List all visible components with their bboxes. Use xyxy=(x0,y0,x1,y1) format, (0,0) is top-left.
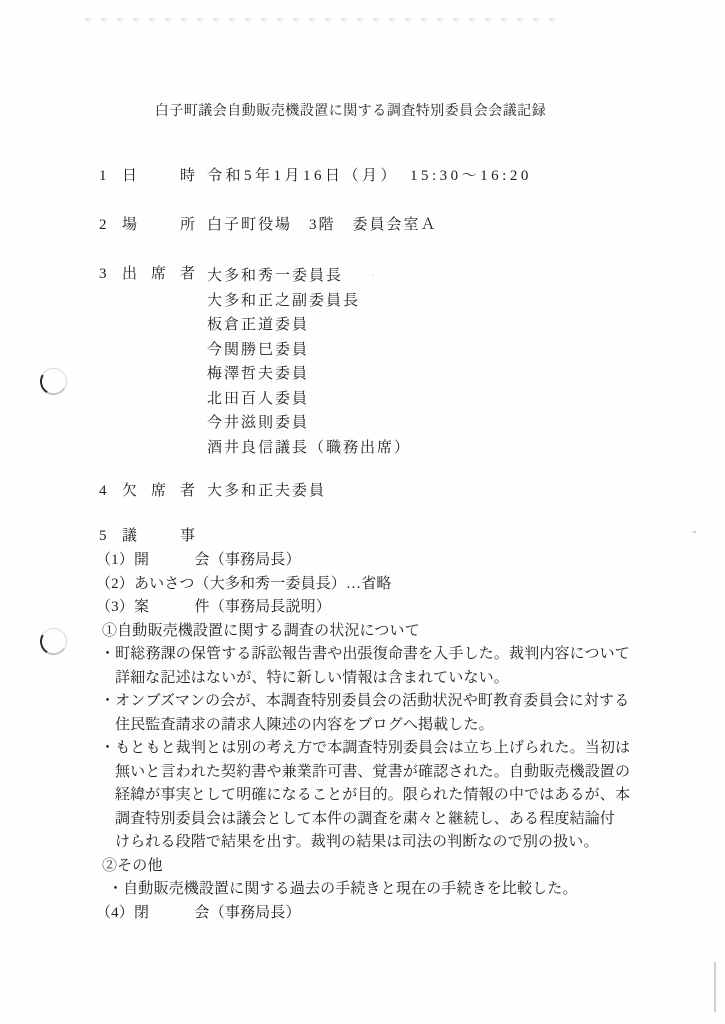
agenda-line-close: （4）閉 会（事務局長） xyxy=(96,902,630,926)
agenda-bullet-continuation: けられる段階で結果を出す。裁判の結果は司法の判断なので別の扱い。 xyxy=(115,831,630,855)
meta-row-place: 2 場所 白子町役場 3階 委員会室Ａ xyxy=(96,215,438,235)
meta-row-attendees: 3 出席者 大多和秀一委員長 大多和正之副委員長 板倉正道委員 今関勝巳委員 梅… xyxy=(96,264,411,460)
section-number: 3 xyxy=(96,264,122,284)
section-label-absentees: 欠席者 xyxy=(122,481,195,501)
attendee-name: 梅澤哲夫委員 xyxy=(207,362,411,387)
section-label-datetime: 日時 xyxy=(122,166,195,186)
section-number: 2 xyxy=(96,215,122,235)
agenda-line-open: （1）開 会（事務局長） xyxy=(96,549,630,573)
attendee-name: 今井滋則委員 xyxy=(207,411,411,436)
attendee-name: 板倉正道委員 xyxy=(207,313,411,338)
section-label-attendees: 出席者 xyxy=(122,264,195,284)
attendee-name: 今関勝巳委員 xyxy=(207,338,411,363)
agenda-bullet: ・町総務課の保管する訴訟報告書や出張復命書を入手した。裁判内容について xyxy=(100,643,630,667)
agenda-bullet-continuation: 詳細な記述はないが、特に新しい情報は含まれていない。 xyxy=(115,667,630,691)
meta-row-proceedings: 5 議事 xyxy=(96,526,195,546)
agenda-bullet: ・自動販売機設置に関する過去の手続きと現在の手続きを比較した。 xyxy=(108,878,630,902)
attendee-name: 酒井良信議長（職務出席） xyxy=(207,436,411,461)
scan-streak-artifact xyxy=(85,18,565,21)
agenda-line-greeting: （2）あいさつ（大多和秀一委員長）…省略 xyxy=(96,573,630,597)
agenda-item-2-heading: ②その他 xyxy=(102,855,630,879)
scanned-document-page: 白子町議会自動販売機設置に関する調査特別委員会会議記録 1 日時 令和5年1月1… xyxy=(0,0,725,1024)
document-title: 白子町議会自動販売機設置に関する調査特別委員会会議記録 xyxy=(0,100,701,120)
punch-hole-top xyxy=(40,368,67,395)
agenda-bullet-continuation: 調査特別委員会は議会として本件の調査を粛々と継続し、ある程度結論付 xyxy=(115,808,630,832)
datetime-value: 令和5年1月16日（月） 15:30～16:20 xyxy=(207,166,532,186)
attendee-name: 北田百人委員 xyxy=(207,387,411,412)
section-number: 4 xyxy=(96,481,122,501)
proceedings-body: （1）開 会（事務局長） （2）あいさつ（大多和秀一委員長）…省略 （3）案 件… xyxy=(96,549,630,925)
absentee-name: 大多和正夫委員 xyxy=(207,481,326,501)
attendee-name: 大多和秀一委員長 xyxy=(207,264,411,289)
agenda-bullet: ・もともと裁判とは別の考え方で本調査特別委員会は立ち上げられた。当初は xyxy=(100,737,630,761)
section-number: 1 xyxy=(96,166,122,186)
scan-speck xyxy=(693,531,696,533)
agenda-item-1-heading: ①自動販売機設置に関する調査の状況について xyxy=(102,620,630,644)
place-value: 白子町役場 3階 委員会室Ａ xyxy=(207,215,438,235)
agenda-bullet-continuation: 経緯が事実として明確になることが目的。限られた情報の中ではあるが、本 xyxy=(115,784,630,808)
punch-hole-bottom xyxy=(40,628,67,655)
agenda-bullet-continuation: 住民監査請求の請求人陳述の内容をブログへ掲載した。 xyxy=(115,714,630,738)
scan-edge-artifact xyxy=(714,962,716,1012)
section-label-proceedings: 議事 xyxy=(122,526,195,546)
agenda-bullet-continuation: 無いと言われた契約書や兼業許可書、覚書が確認された。自動販売機設置の xyxy=(115,761,630,785)
meta-row-datetime: 1 日時 令和5年1月16日（月） 15:30～16:20 xyxy=(96,166,532,186)
attendee-list: 大多和秀一委員長 大多和正之副委員長 板倉正道委員 今関勝巳委員 梅澤哲夫委員 … xyxy=(207,264,411,460)
meta-row-absentees: 4 欠席者 大多和正夫委員 xyxy=(96,481,326,501)
agenda-bullet: ・オンブズマンの会が、本調査特別委員会の活動状況や町教育委員会に対する xyxy=(100,690,630,714)
section-label-place: 場所 xyxy=(122,215,195,235)
section-number: 5 xyxy=(96,526,122,546)
attendee-name: 大多和正之副委員長 xyxy=(207,289,411,314)
agenda-line-matters: （3）案 件（事務局長説明） xyxy=(96,596,630,620)
